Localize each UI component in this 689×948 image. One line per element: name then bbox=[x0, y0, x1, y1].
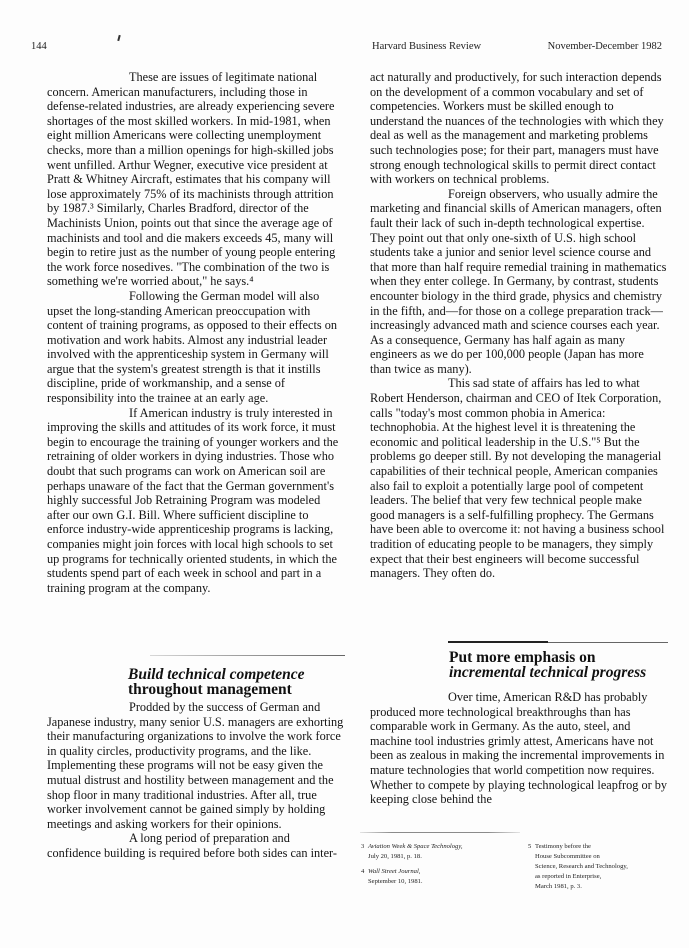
section-body: Prodded by the success of German and Jap… bbox=[47, 700, 345, 861]
paragraph: Over time, American R&D has probably pro… bbox=[370, 690, 668, 807]
section-body: Over time, American R&D has probably pro… bbox=[370, 690, 668, 807]
paragraph: A long period of preparation and confide… bbox=[47, 831, 345, 860]
paragraph: These are issues of legitimate national … bbox=[47, 70, 345, 289]
issue-date: November-December 1982 bbox=[548, 41, 662, 52]
paragraph: This sad state of affairs has led to wha… bbox=[370, 376, 668, 580]
section-heading: Build technical competence throughout ma… bbox=[128, 667, 348, 697]
paragraph: Foreign observers, who usually admire th… bbox=[370, 187, 668, 377]
paragraph: act naturally and productively, for such… bbox=[370, 70, 668, 187]
section-divider bbox=[150, 655, 345, 656]
footnote: 4Wall Street Journal, September 10, 1981… bbox=[361, 867, 511, 887]
document-page: 144 Harvard Business Review November-Dec… bbox=[0, 0, 689, 948]
footnote: 3Aviation Week & Space Technology, July … bbox=[361, 842, 511, 862]
footnote: 5Testimony before the House Subcommittee… bbox=[528, 842, 688, 892]
right-column: act naturally and productively, for such… bbox=[370, 70, 668, 581]
section-divider bbox=[448, 641, 548, 643]
page-number: 144 bbox=[31, 41, 47, 52]
footnote-divider bbox=[360, 832, 520, 833]
section-heading: Put more emphasis on incremental technic… bbox=[449, 650, 679, 680]
footnotes-left: 3Aviation Week & Space Technology, July … bbox=[361, 842, 511, 892]
publication-name: Harvard Business Review bbox=[372, 41, 481, 52]
left-column: These are issues of legitimate national … bbox=[47, 70, 345, 595]
page-header: 144 Harvard Business Review November-Dec… bbox=[0, 41, 689, 55]
paragraph: If American industry is truly interested… bbox=[47, 406, 345, 596]
paragraph: Following the German model will also ups… bbox=[47, 289, 345, 406]
paragraph: Prodded by the success of German and Jap… bbox=[47, 700, 345, 831]
section-divider bbox=[548, 642, 668, 643]
footnotes-right: 5Testimony before the House Subcommittee… bbox=[528, 842, 688, 897]
